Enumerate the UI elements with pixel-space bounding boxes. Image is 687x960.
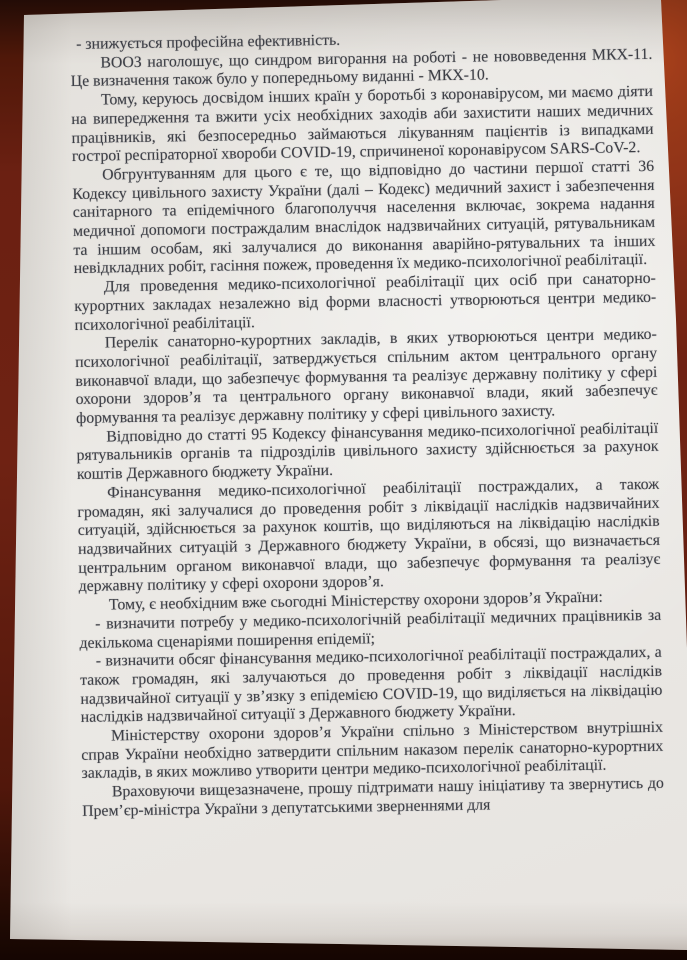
paragraph: Обгрунтуванням для цього є те, що відпов… <box>72 158 656 279</box>
paragraph: Фінансування медико-психологічної реабіл… <box>77 476 661 597</box>
paper-sheet: - знижується професійна ефективність. ВО… <box>0 0 687 960</box>
paragraph: Враховуючи вищезазначене, прошу підтрима… <box>82 775 665 822</box>
photo-backdrop: - знижується професійна ефективність. ВО… <box>0 0 687 960</box>
paragraph: Відповідно до статті 95 Кодексу фінансув… <box>76 420 659 485</box>
paragraph: Міністерству охорони здоров’я України сп… <box>81 719 664 784</box>
document-text: - знижується професійна ефективність. ВО… <box>70 27 664 822</box>
paragraph: - визначити обсяг фінансування медико-пс… <box>80 644 663 728</box>
paragraph: Тому, керуюсь досвідом інших країн у бор… <box>71 83 654 167</box>
paragraph: Перелік санаторно-курортних закладів, в … <box>75 326 658 429</box>
paragraph: Для проведення медико-психологічної реаб… <box>74 270 657 335</box>
